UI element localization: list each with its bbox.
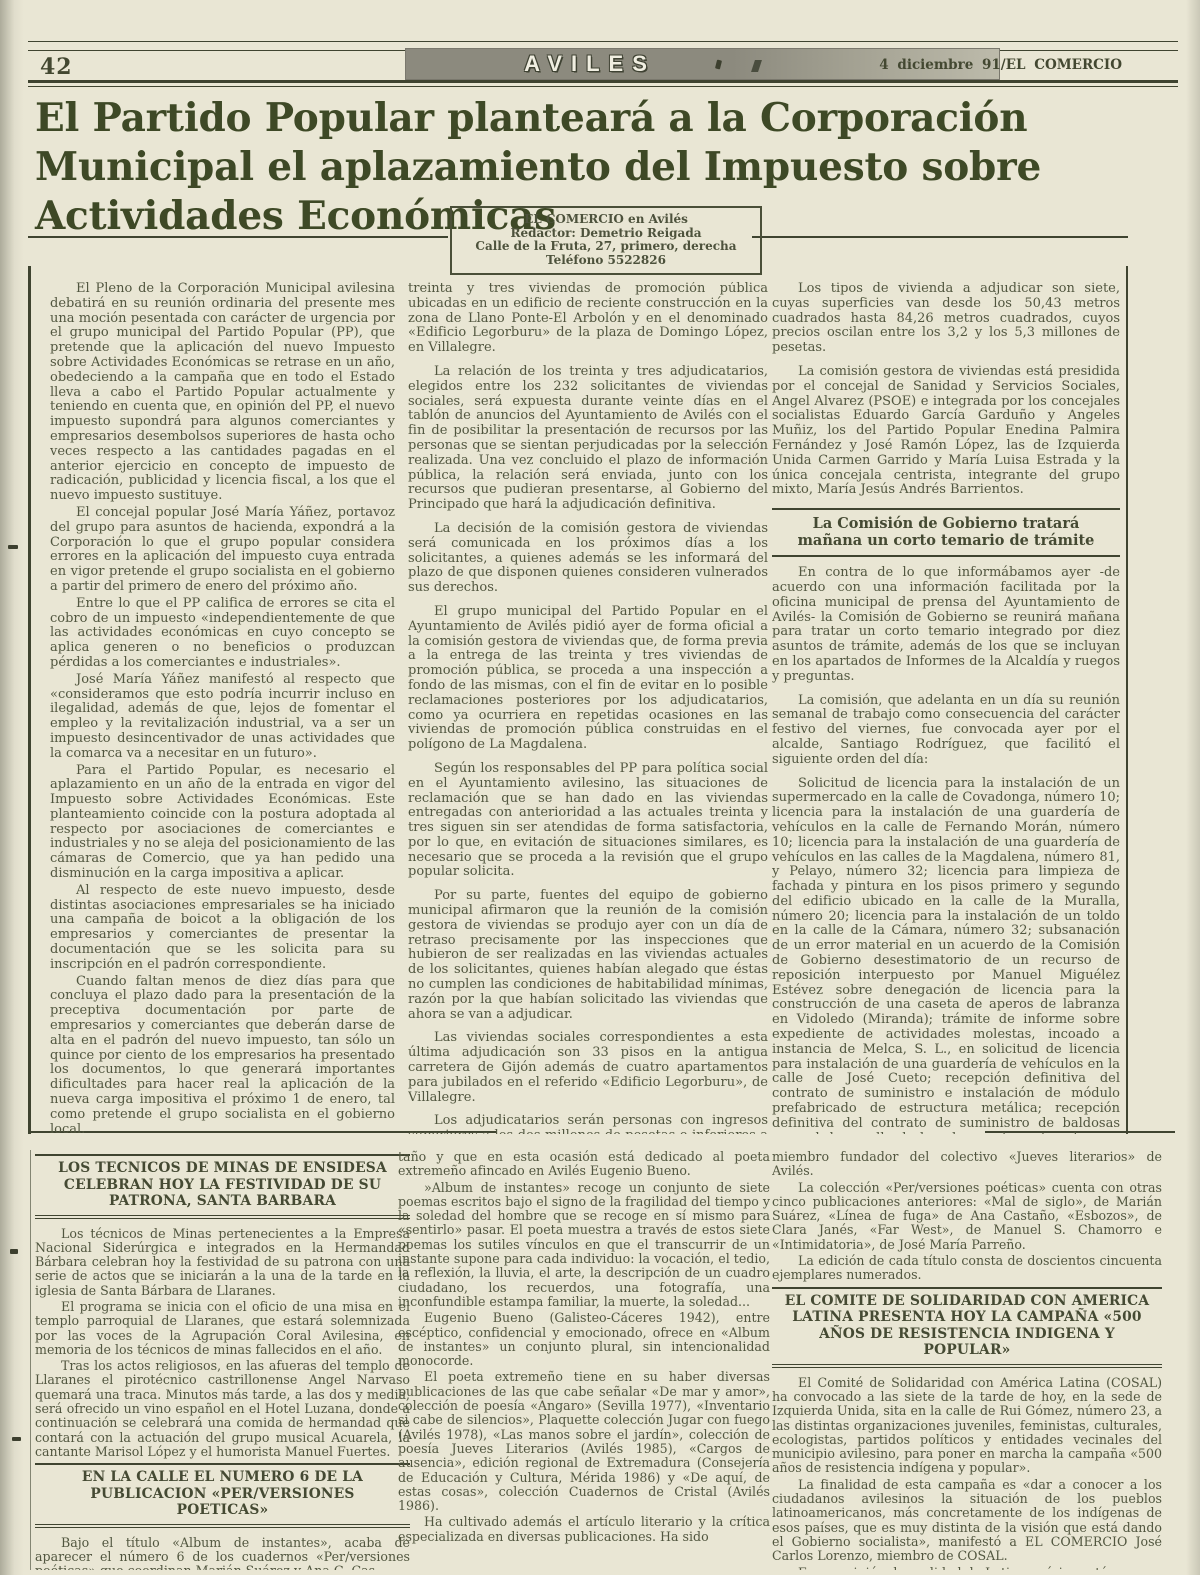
byline-editor: Redactor: Demetrio Reigada [456,227,756,241]
article-paragraph: Las viviendas sociales correspondientes … [408,1031,768,1105]
page-left-rule [30,1150,31,1570]
masthead-right-rule [1000,50,1178,51]
article-paragraph: La comisión gestora de viviendas está pr… [772,365,1120,498]
article-subhead: LOS TECNICOS DE MINAS DE ENSIDESA CELEBR… [35,1154,410,1219]
byline-rule-left [28,236,448,238]
article-paragraph: Los adjudicatarios serán personas con in… [408,1114,768,1134]
masthead-bottom-rule [28,80,1178,83]
byline-rule-right [752,236,1128,238]
article-left-rule [28,266,31,1134]
article-paragraph: Por su parte, fuentes del equipo de gobi… [408,889,768,1022]
article-subhead: EN LA CALLE EL NUMERO 6 DE LA PUBLICACIO… [35,1463,410,1528]
article-paragraph: taño y que en esta ocasión está dedicado… [398,1150,770,1179]
article-paragraph: La comisión, que adelanta en un día su r… [772,694,1120,768]
article-paragraph: El grupo municipal del Partido Popular e… [408,605,768,753]
article-paragraph: En su opinión, la realidad de Latinoamér… [772,1566,1162,1570]
brief-column-2: taño y que en esta ocasión está dedicado… [398,1150,770,1570]
article-paragraph: La decisión de la comisión gestora de vi… [408,522,768,596]
article-paragraph: Al respecto de este nuevo impuesto, desd… [50,884,395,973]
article-column-2: treinta y tres viviendas de promoción pú… [408,282,768,1134]
article-subhead: EL COMITE DE SOLIDARIDAD CON AMERICA LAT… [772,1287,1162,1368]
article-paragraph: Los técnicos de Minas pertenecientes a l… [35,1227,410,1298]
byline-box: EL COMERCIO en Avilés Redactor: Demetrio… [450,206,762,275]
article-paragraph: El Pleno de la Corporación Municipal avi… [50,282,395,504]
article-paragraph: Eugenio Bueno (Galisteo-Cáceres 1942), e… [398,1311,770,1368]
article-paragraph: Para el Partido Popular, es necesario el… [50,764,395,882]
article-paragraph: El programa se inicia con el oficio de u… [35,1300,410,1357]
dateline: 4 diciembre 91/EL COMERCIO [879,57,1122,73]
byline-publication: EL COMERCIO en Avilés [456,213,756,227]
byline-address: Calle de la Fruta, 27, primero, derecha [456,240,756,254]
article-paragraph: En contra de lo que informábamos ayer -d… [772,566,1120,684]
masthead-top-rule [28,41,1178,42]
masthead-left-rule [28,50,405,51]
byline-phone: Teléfono 5522826 [456,254,756,268]
scan-gutter-shadow [0,0,24,1575]
article-paragraph: Cuando faltan menos de diez días para qu… [50,975,395,1134]
article-paragraph: El concejal popular José María Yáñez, po… [50,506,395,595]
article-subhead: La Comisión de Gobierno tratará mañana u… [772,508,1120,557]
article-paragraph: Bajo el título «Album de instantes», aca… [35,1536,410,1570]
article-right-rule [1126,266,1128,1134]
article-paragraph: Según los responsables del PP para polít… [408,762,768,880]
scan-artifact [8,545,18,549]
brief-column-3: miembro fundador del colectivo «Jueves l… [772,1150,1162,1570]
article-paragraph: Solicitud de licencia para la instalació… [772,777,1120,1134]
article-paragraph: »Album de instantes» recoge un conjunto … [398,1181,770,1310]
brief-column-1: LOS TECNICOS DE MINAS DE ENSIDESA CELEBR… [35,1150,410,1570]
article-paragraph: El Comité de Solidaridad con América Lat… [772,1376,1162,1476]
article-paragraph: Ha cultivado además el artículo literari… [398,1515,770,1544]
article-paragraph: miembro fundador del colectivo «Jueves l… [772,1150,1162,1179]
article-paragraph: La relación de los treinta y tres adjudi… [408,365,768,513]
scan-artifact [10,1249,18,1254]
scan-edge-shadow [1186,0,1200,1575]
article-paragraph: El poeta extremeño tiene en su haber div… [398,1370,770,1513]
article-paragraph: Tras los actos religiosos, en las afuera… [35,1359,410,1459]
article-paragraph: La colección «Per/versiones poéticas» cu… [772,1181,1162,1252]
newspaper-page: 42 AVILES 4 diciembre 91/EL COMERCIO El … [0,0,1200,1575]
scan-artifact [12,1437,21,1441]
article-paragraph: La edición de cada título consta de dosc… [772,1254,1162,1283]
article-paragraph: Los tipos de vivienda a adjudicar son si… [772,282,1120,356]
article-paragraph: Entre lo que el PP califica de errores s… [50,597,395,671]
masthead-bottom-rule-thin [28,86,1178,87]
page-number: 42 [40,54,73,80]
article-paragraph: treinta y tres viviendas de promoción pú… [408,282,768,356]
article-column-3: Los tipos de vivienda a adjudicar son si… [772,282,1120,1134]
article-column-1: El Pleno de la Corporación Municipal avi… [50,282,395,1134]
article-paragraph: La finalidad de esta campaña es «dar a c… [772,1478,1162,1564]
article-paragraph: José María Yáñez manifestó al respecto q… [50,673,395,762]
